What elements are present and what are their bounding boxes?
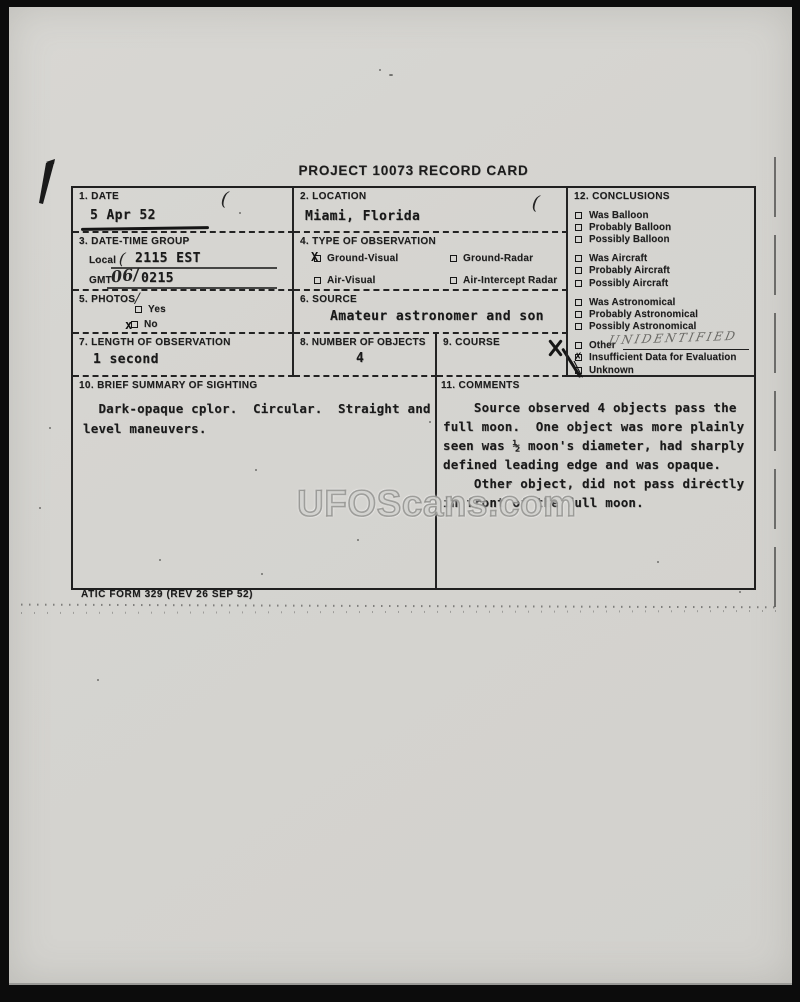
option-label: Ground-Visual xyxy=(327,253,398,264)
pen-paren-mark: ( xyxy=(220,188,230,211)
field-observation-label: 4. TYPE OF OBSERVATION xyxy=(300,236,436,248)
field-location-label: 2. LOCATION xyxy=(300,191,366,203)
paper-scan: PROJECT 10073 RECORD CARD 1. DATE ( 5 Ap… xyxy=(9,7,792,985)
checkbox xyxy=(575,280,582,287)
option-ground-radar: Ground-Radar xyxy=(450,253,533,264)
checkbox: x xyxy=(131,321,138,328)
field-dtg-label: 3. DATE-TIME GROUP xyxy=(79,236,190,248)
checkbox xyxy=(575,299,582,306)
field-summary-text: Dark-opaque cplor. Circular. Straight an… xyxy=(83,399,433,439)
dtg-local-label: Local xyxy=(89,255,116,266)
field-date-time-group: 3. DATE-TIME GROUP Local ( 2115 EST GMT … xyxy=(73,233,294,291)
field-course-label: 9. COURSE xyxy=(443,337,500,349)
field-type-of-observation: 4. TYPE OF OBSERVATION X Ground-Visual G… xyxy=(294,233,568,291)
conclusions-list: Was Balloon Probably Balloon Possibly Ba… xyxy=(575,209,752,376)
field-summary-label: 10. BRIEF SUMMARY OF SIGHTING xyxy=(79,380,258,392)
record-card: 1. DATE ( 5 Apr 52 2. LOCATION ( Miami, … xyxy=(71,186,756,590)
conclusion-unknown: ╲ Unknown xyxy=(575,364,752,376)
field-number-of-objects: 8. NUMBER OF OBJECTS 4 xyxy=(294,334,437,377)
field-course: 9. COURSE xyxy=(437,334,568,377)
option-photos-yes: Yes xyxy=(135,304,166,315)
conclusion-was-astronomical: Was Astronomical xyxy=(575,296,752,308)
checkbox xyxy=(575,212,582,219)
checkbox: ✗ xyxy=(575,354,582,361)
checkbox: X xyxy=(314,255,321,262)
field-length-of-observation: 7. LENGTH OF OBSERVATION 1 second xyxy=(73,334,294,377)
field-date: 1. DATE ( 5 Apr 52 xyxy=(73,188,294,233)
field-conclusions-label: 12. CONCLUSIONS xyxy=(574,191,670,203)
dtg-gmt-value: 0215 xyxy=(141,271,174,287)
pen-paren-mark: ( xyxy=(531,192,541,215)
field-objects-value: 4 xyxy=(356,351,364,367)
page-title: PROJECT 10073 RECORD CARD xyxy=(71,163,756,179)
checkbox xyxy=(135,306,142,313)
checkbox xyxy=(575,323,582,330)
option-label: Yes xyxy=(148,304,166,315)
option-label: No xyxy=(144,319,158,330)
conclusion-label: Unknown xyxy=(589,365,634,376)
blank-line xyxy=(107,287,277,289)
option-ground-visual: X Ground-Visual xyxy=(314,253,398,264)
conclusion-label: Probably Balloon xyxy=(589,222,671,233)
conclusion-was-balloon: Was Balloon xyxy=(575,209,752,221)
field-location: 2. LOCATION ( Miami, Florida xyxy=(294,188,568,233)
option-label: Air-Intercept Radar xyxy=(463,275,557,286)
conclusion-label: Was Astronomical xyxy=(589,297,675,308)
pen-gmt-mark: 06/ xyxy=(110,265,140,287)
conclusion-label: Possibly Aircraft xyxy=(589,278,668,289)
checkbox-mark: X xyxy=(311,251,318,263)
scan-edge-artifact xyxy=(774,157,776,609)
conclusion-label: Probably Astronomical xyxy=(589,309,698,320)
checkbox-mark: x xyxy=(125,319,132,331)
field-date-label: 1. DATE xyxy=(79,191,119,203)
pen-checkmark xyxy=(33,157,59,209)
checkbox xyxy=(314,277,321,284)
conclusion-probably-astronomical: Probably Astronomical xyxy=(575,308,752,320)
conclusion-label: Possibly Balloon xyxy=(589,234,670,245)
field-source: 6. SOURCE Amateur astronomer and son xyxy=(294,291,568,334)
scan-noise xyxy=(21,610,776,614)
conclusion-label: Was Balloon xyxy=(589,210,649,221)
field-conclusions: 12. CONCLUSIONS Was Balloon Probably Bal… xyxy=(568,188,754,377)
scan-noise xyxy=(21,604,776,609)
field-length-value: 1 second xyxy=(93,352,159,368)
conclusion-label: Insufficient Data for Evaluation xyxy=(589,352,736,363)
checkbox xyxy=(575,224,582,231)
conclusion-other: Other UNIDENTIFIED xyxy=(575,340,752,352)
field-comments-label: 11. COMMENTS xyxy=(441,380,520,392)
checkbox xyxy=(450,277,457,284)
conclusion-insufficient-data: ✗ Insufficient Data for Evaluation xyxy=(575,352,752,364)
conclusion-possibly-balloon: Possibly Balloon xyxy=(575,233,752,245)
option-photos-no: x No xyxy=(131,319,158,330)
conclusion-label: Probably Aircraft xyxy=(589,265,670,276)
dtg-local-value: 2115 EST xyxy=(135,251,201,267)
checkbox xyxy=(575,342,582,349)
form-number: ATIC FORM 329 (REV 26 SEP 52) xyxy=(81,589,253,600)
option-label: Air-Visual xyxy=(327,275,376,286)
option-air-intercept-radar: Air-Intercept Radar xyxy=(450,275,557,286)
conclusion-probably-aircraft: Probably Aircraft xyxy=(575,265,752,277)
field-source-value: Amateur astronomer and son xyxy=(330,309,544,325)
pen-underline xyxy=(81,226,209,231)
checkbox xyxy=(450,255,457,262)
field-date-value: 5 Apr 52 xyxy=(90,208,156,224)
watermark: UFOScans.com xyxy=(297,484,576,524)
field-photos-label: 5. PHOTOS xyxy=(79,294,135,306)
checkbox xyxy=(575,311,582,318)
field-location-value: Miami, Florida xyxy=(305,209,420,225)
option-label: Ground-Radar xyxy=(463,253,533,264)
conclusion-probably-balloon: Probably Balloon xyxy=(575,221,752,233)
dtg-gmt-label: GMT xyxy=(89,275,112,286)
conclusion-was-aircraft: Was Aircraft xyxy=(575,253,752,265)
field-length-label: 7. LENGTH OF OBSERVATION xyxy=(79,337,231,349)
field-photos: 5. PHOTOS / Yes x No xyxy=(73,291,294,334)
option-air-visual: Air-Visual xyxy=(314,275,376,286)
conclusion-possibly-aircraft: Possibly Aircraft xyxy=(575,277,752,289)
checkbox xyxy=(575,236,582,243)
scanned-document: { "scan": { "watermark": "UFOScans.com" … xyxy=(0,0,800,1002)
checkbox xyxy=(575,267,582,274)
field-objects-label: 8. NUMBER OF OBJECTS xyxy=(300,337,426,349)
checkbox xyxy=(575,255,582,262)
conclusion-label: Was Aircraft xyxy=(589,253,647,264)
field-source-label: 6. SOURCE xyxy=(300,294,357,306)
